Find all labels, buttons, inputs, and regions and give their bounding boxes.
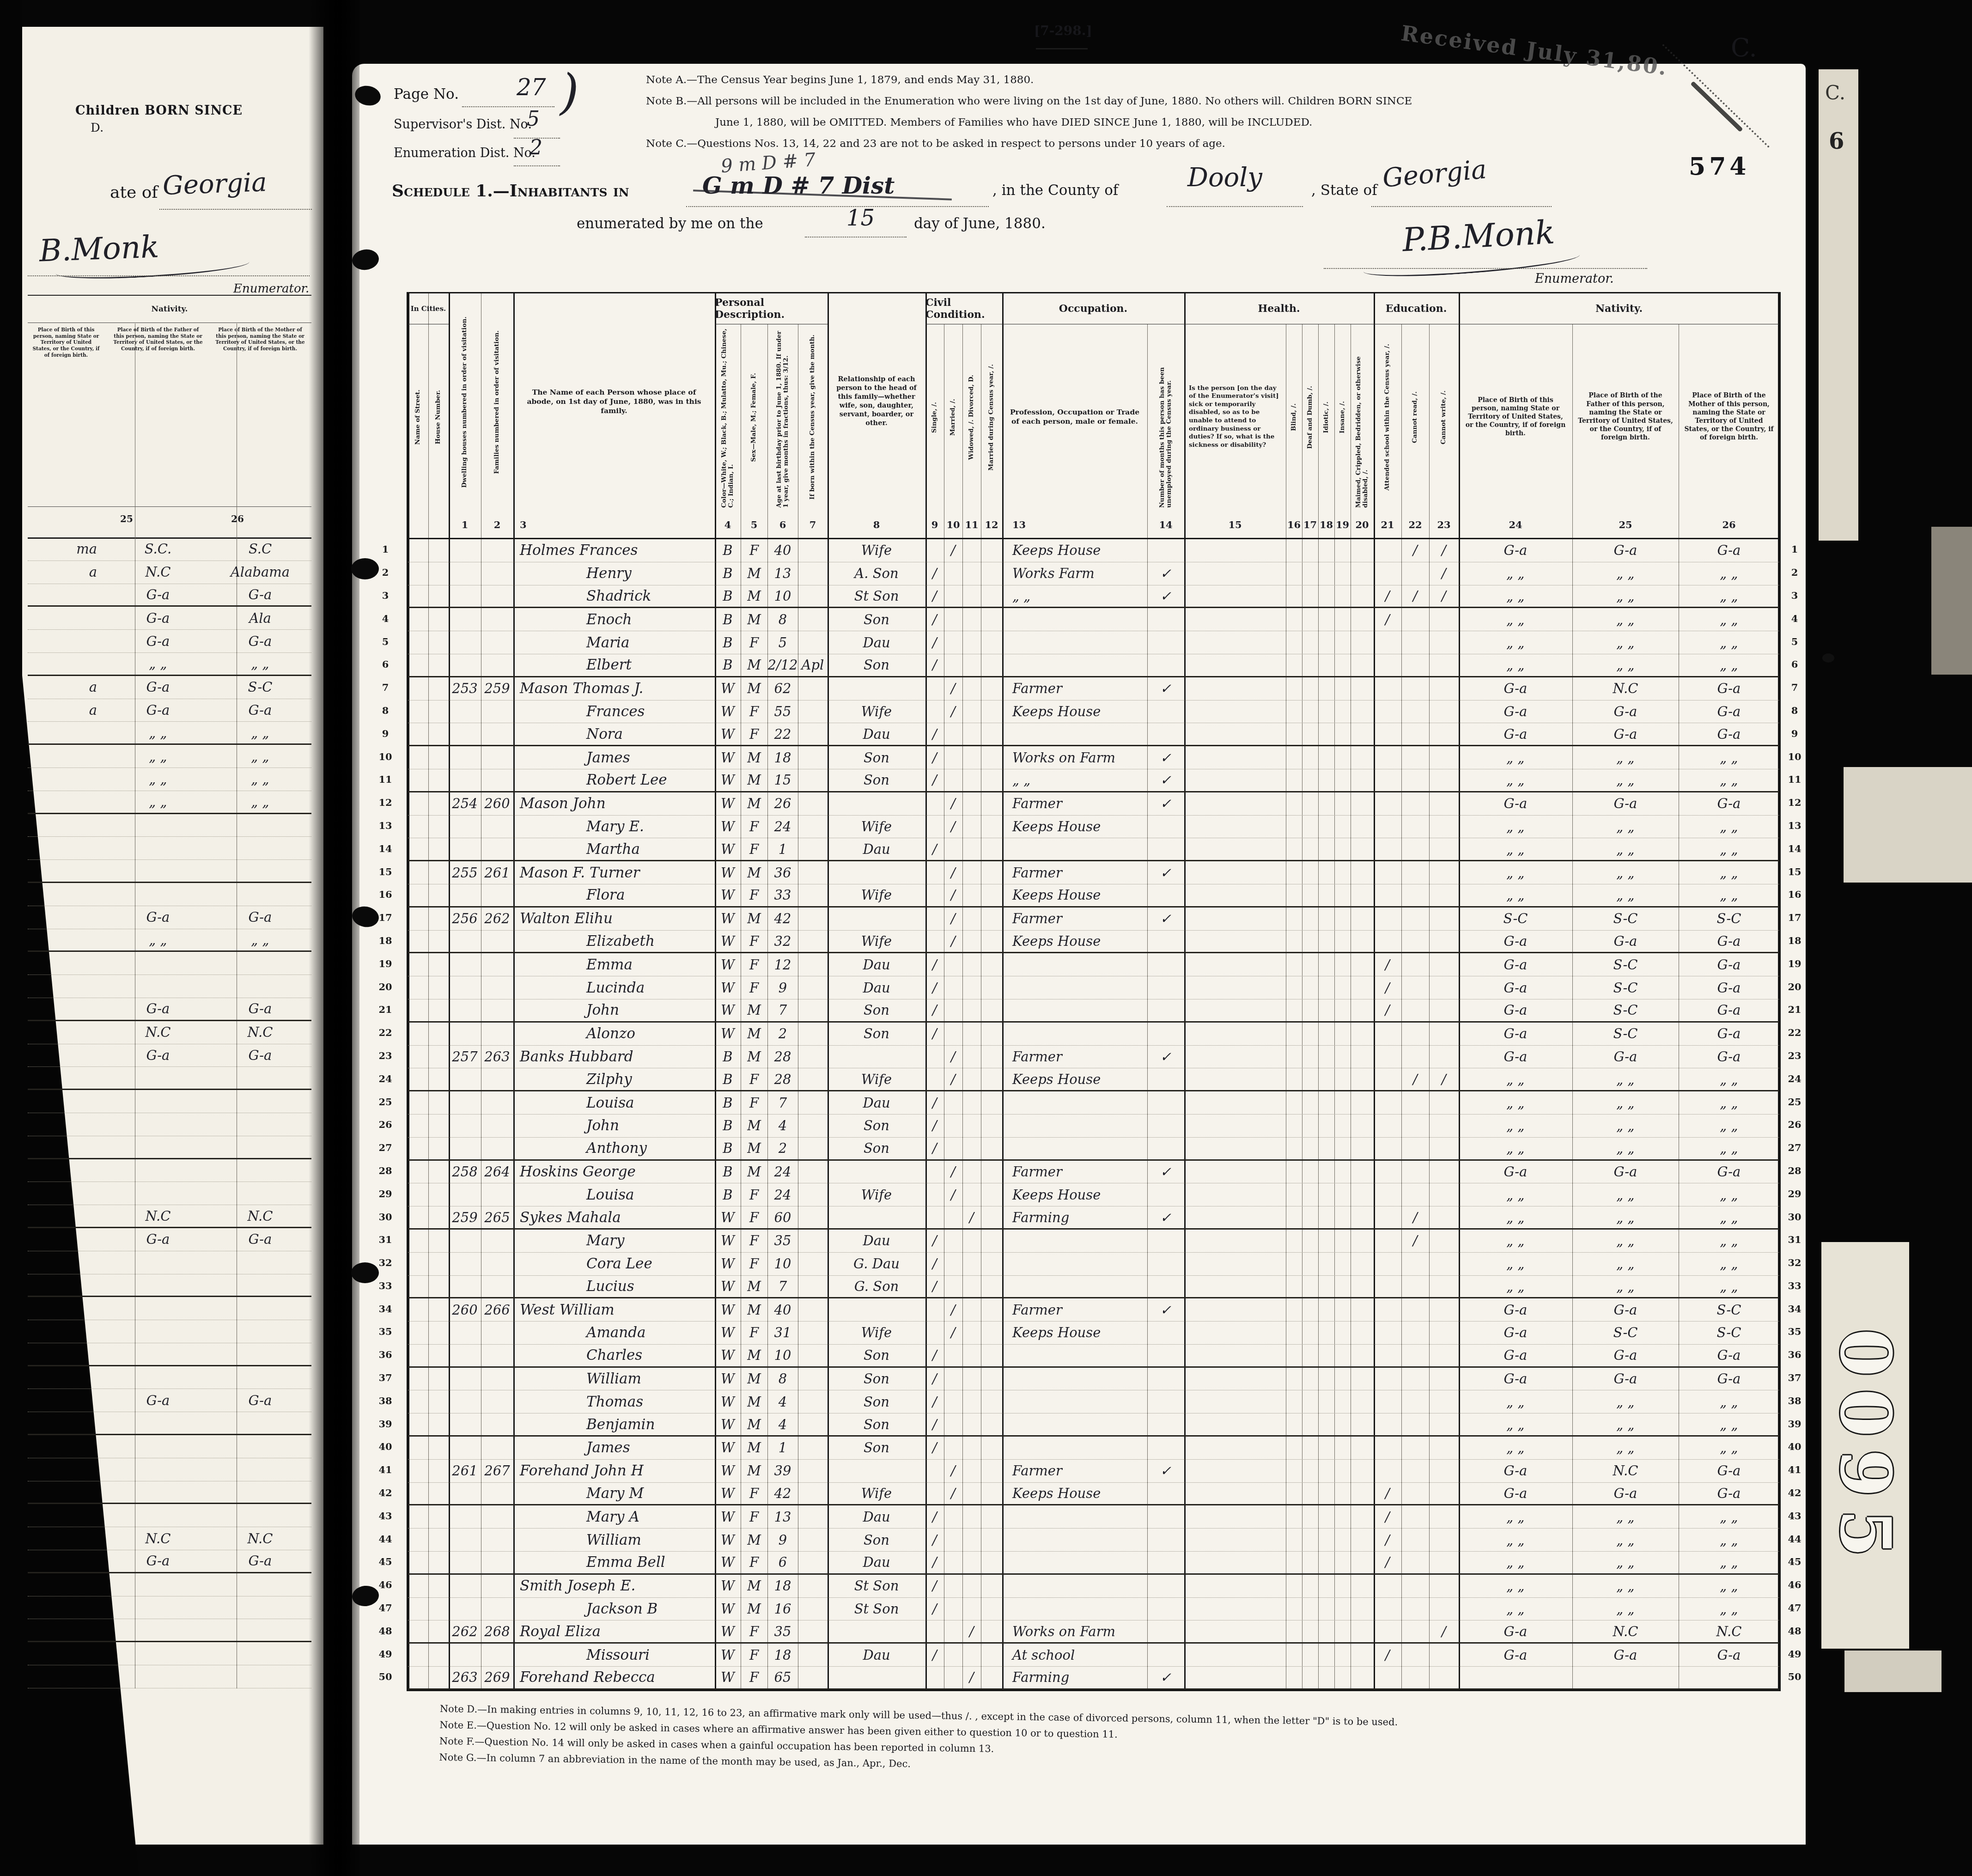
relationship: St Son bbox=[828, 1598, 925, 1620]
age: 33 bbox=[767, 884, 798, 906]
relationship: Wife bbox=[828, 539, 925, 562]
mother-birthplace bbox=[209, 1458, 311, 1481]
occupation bbox=[1002, 631, 1157, 654]
dwelling-number bbox=[449, 1068, 481, 1090]
birthplace-mother: „ „ bbox=[1679, 1115, 1779, 1137]
age: 24 bbox=[767, 1161, 798, 1183]
col8-label: Relationship of each person to the head … bbox=[828, 375, 925, 427]
age: 31 bbox=[767, 1322, 798, 1344]
widowed-mark bbox=[962, 1390, 981, 1413]
birth-month bbox=[798, 1276, 828, 1297]
father-birthplace: „ „ bbox=[107, 745, 209, 767]
married-mark bbox=[944, 1276, 962, 1297]
left-page-row: maS.C.S.C bbox=[28, 538, 311, 561]
birthplace-self: „ „ bbox=[1459, 1437, 1572, 1459]
color: W bbox=[715, 1575, 741, 1597]
left-page-row: aN.CAlabama bbox=[28, 561, 311, 584]
mother-birthplace bbox=[209, 1343, 311, 1365]
cannot-read-mark bbox=[1401, 1437, 1429, 1459]
left-enumerator-label: Enumerator. bbox=[233, 282, 309, 296]
sex: M bbox=[741, 1023, 767, 1045]
birthplace-father: S-C bbox=[1572, 1322, 1679, 1344]
color: W bbox=[715, 1230, 741, 1252]
birth-month bbox=[798, 1091, 828, 1114]
color: W bbox=[715, 1598, 741, 1620]
birthplace-father: „ „ bbox=[1572, 769, 1679, 791]
birthplace-father: „ „ bbox=[1572, 884, 1679, 906]
attended-school-mark bbox=[1374, 1138, 1401, 1159]
father-birthplace bbox=[107, 1665, 209, 1688]
attended-school-mark bbox=[1374, 723, 1401, 745]
family-number bbox=[481, 976, 513, 999]
father-birthplace bbox=[107, 837, 209, 859]
birth-month bbox=[798, 1437, 828, 1459]
color: W bbox=[715, 1253, 741, 1275]
sex: F bbox=[741, 1253, 767, 1275]
repeat-row: 12 bbox=[1780, 791, 1809, 814]
single-mark: / bbox=[925, 1644, 944, 1666]
enumerated-suffix: day of June, 1880. bbox=[914, 215, 1046, 232]
color: W bbox=[715, 884, 741, 906]
age: 7 bbox=[767, 1276, 798, 1297]
row-numbers-right: 1234567891011121314151617181920212223242… bbox=[1780, 538, 1809, 1688]
left-page-row: „ „„ „ bbox=[28, 929, 311, 952]
attended-school-mark bbox=[1374, 1667, 1401, 1688]
birthplace-mother: „ „ bbox=[1679, 1413, 1779, 1435]
mother-birthplace bbox=[209, 1067, 311, 1089]
cannot-read-mark: / bbox=[1401, 539, 1429, 562]
census-row: ElizabethWF32Wife/Keeps HouseG-aG-aG-a bbox=[408, 931, 1779, 954]
dwelling-number: 254 bbox=[449, 792, 481, 815]
birthplace-self: G-a bbox=[1459, 1368, 1572, 1390]
pob-fragment bbox=[28, 1550, 110, 1572]
widowed-mark bbox=[962, 700, 981, 723]
cannot-read-mark bbox=[1401, 1046, 1429, 1068]
birthplace-father: „ „ bbox=[1572, 562, 1679, 585]
relationship: Dau bbox=[828, 1505, 925, 1528]
married-mark bbox=[944, 585, 962, 607]
cannot-write-mark: / bbox=[1429, 1620, 1459, 1642]
repeat-row: 48 bbox=[1780, 1619, 1809, 1642]
family-number bbox=[481, 562, 513, 585]
occupation bbox=[1002, 976, 1157, 999]
pob-fragment bbox=[28, 814, 110, 837]
col16-label: Blind, /. bbox=[1290, 401, 1297, 433]
occupation bbox=[1002, 1413, 1157, 1435]
sex: F bbox=[741, 1230, 767, 1252]
age: 18 bbox=[767, 1644, 798, 1666]
pob-fragment: a bbox=[28, 699, 110, 722]
single-mark bbox=[925, 931, 944, 952]
relationship: Dau bbox=[828, 838, 925, 860]
birthplace-father: „ „ bbox=[1572, 1413, 1679, 1435]
sex: F bbox=[741, 953, 767, 976]
dwelling-number: 262 bbox=[449, 1620, 481, 1642]
birthplace-mother: „ „ bbox=[1679, 1230, 1779, 1252]
married-mark: / bbox=[944, 931, 962, 952]
single-mark: / bbox=[925, 1138, 944, 1159]
enumerator-label: Enumerator. bbox=[1535, 272, 1614, 286]
birthplace-father: S-C bbox=[1572, 953, 1679, 976]
color: W bbox=[715, 1298, 741, 1321]
birthplace-mother: „ „ bbox=[1679, 816, 1779, 838]
birth-month bbox=[798, 1023, 828, 1045]
census-row: Emma BellWF6Dau//„ „„ „„ „ bbox=[408, 1552, 1779, 1575]
sex: F bbox=[741, 631, 767, 654]
cannot-write-mark bbox=[1429, 1091, 1459, 1114]
relationship: Son bbox=[828, 1023, 925, 1045]
married-mark bbox=[944, 1667, 962, 1688]
age: 26 bbox=[767, 792, 798, 815]
age: 2 bbox=[767, 1023, 798, 1045]
mother-birthplace bbox=[209, 860, 311, 882]
cannot-write-mark bbox=[1429, 976, 1459, 999]
mother-birthplace bbox=[209, 1665, 311, 1688]
left-page-row bbox=[28, 1642, 311, 1665]
pob-fragment bbox=[28, 975, 110, 998]
unemployed-mark bbox=[1147, 1183, 1184, 1206]
relationship: Wife bbox=[828, 1183, 925, 1206]
attended-school-mark bbox=[1374, 539, 1401, 562]
cannot-write-mark bbox=[1429, 1529, 1459, 1551]
occupation bbox=[1002, 953, 1157, 976]
single-mark: / bbox=[925, 654, 944, 676]
pob-fragment bbox=[28, 1021, 110, 1044]
left-page-row: G-aG-a bbox=[28, 1228, 311, 1251]
dwelling-number bbox=[449, 1091, 481, 1114]
census-row: LouisaBF7Dau/„ „„ „„ „ bbox=[408, 1091, 1779, 1115]
mother-birthplace bbox=[209, 1573, 311, 1596]
repeat-row: 36 bbox=[365, 1343, 406, 1366]
under-corner-number: 6 bbox=[1829, 128, 1844, 154]
dwelling-number bbox=[449, 1368, 481, 1390]
repeat-row: 18 bbox=[1780, 929, 1809, 952]
enum-day-rule bbox=[805, 237, 907, 238]
v3: 3 bbox=[513, 510, 721, 539]
birthplace-self: G-a bbox=[1459, 1322, 1572, 1344]
widowed-mark bbox=[962, 539, 981, 562]
birth-month bbox=[798, 1460, 828, 1482]
single-mark: / bbox=[925, 1368, 944, 1390]
widowed-mark bbox=[962, 1575, 981, 1597]
married-mark: / bbox=[944, 1298, 962, 1321]
repeat-row: 2 bbox=[1780, 561, 1809, 584]
family-number bbox=[481, 884, 513, 906]
birth-month bbox=[798, 1575, 828, 1597]
birthplace-self: G-a bbox=[1459, 1483, 1572, 1504]
occupation bbox=[1002, 654, 1157, 676]
mother-birthplace: G-a bbox=[209, 630, 311, 652]
left-page-row bbox=[28, 837, 311, 860]
attended-school-mark bbox=[1374, 1460, 1401, 1482]
repeat-row: 11 bbox=[1780, 768, 1809, 791]
repeat-row: 3 bbox=[1780, 584, 1809, 607]
attended-school-mark bbox=[1374, 1068, 1401, 1090]
repeat-row: 8 bbox=[365, 699, 406, 722]
color: W bbox=[715, 1390, 741, 1413]
relationship bbox=[828, 677, 925, 700]
single-mark: / bbox=[925, 976, 944, 999]
family-number bbox=[481, 539, 513, 562]
widowed-mark: / bbox=[962, 1206, 981, 1228]
census-row: JamesWM1Son/„ „„ „„ „ bbox=[408, 1437, 1779, 1460]
birthplace-mother: G-a bbox=[1679, 723, 1779, 745]
family-number bbox=[481, 1138, 513, 1159]
mother-birthplace bbox=[209, 1504, 311, 1527]
birth-month bbox=[798, 1598, 828, 1620]
census-row: NoraWF22Dau/G-aG-aG-a bbox=[408, 723, 1779, 746]
mother-birthplace bbox=[209, 1274, 311, 1296]
dwelling-number bbox=[449, 1115, 481, 1137]
age: 60 bbox=[767, 1206, 798, 1228]
census-row: MarthaWF1Dau/„ „„ „„ „ bbox=[408, 838, 1779, 861]
widowed-mark bbox=[962, 976, 981, 999]
birth-month bbox=[798, 1529, 828, 1551]
relationship bbox=[828, 1298, 925, 1321]
age: 42 bbox=[767, 908, 798, 930]
cannot-write-mark bbox=[1429, 1667, 1459, 1688]
birthplace-self: „ „ bbox=[1459, 608, 1572, 631]
census-row: 255261Mason F. TurnerWM36/Farmer✓„ „„ „„… bbox=[408, 861, 1779, 884]
unemployed-mark bbox=[1147, 1644, 1184, 1666]
mother-birthplace bbox=[209, 1159, 311, 1182]
family-number bbox=[481, 1483, 513, 1504]
single-mark: / bbox=[925, 953, 944, 976]
mother-birthplace: S-C bbox=[209, 676, 311, 699]
relationship bbox=[828, 1620, 925, 1642]
birthplace-mother: „ „ bbox=[1679, 608, 1779, 631]
married-mark bbox=[944, 1023, 962, 1045]
cannot-read-mark bbox=[1401, 1667, 1429, 1688]
census-row: FloraWF33Wife/Keeps House„ „„ „„ „ bbox=[408, 884, 1779, 908]
repeat-row: 23 bbox=[365, 1044, 406, 1067]
dwelling-number bbox=[449, 1322, 481, 1344]
paper-stub bbox=[1931, 527, 1972, 675]
under-corner-letter: C. bbox=[1825, 81, 1845, 104]
sex: M bbox=[741, 769, 767, 791]
single-mark: / bbox=[925, 838, 944, 860]
birth-month bbox=[798, 861, 828, 884]
relationship: Son bbox=[828, 746, 925, 769]
birthplace-father: „ „ bbox=[1572, 631, 1679, 654]
dwelling-number bbox=[449, 1575, 481, 1597]
birthplace-mother: „ „ bbox=[1679, 1575, 1779, 1597]
age: 32 bbox=[767, 931, 798, 952]
widowed-mark bbox=[962, 1368, 981, 1390]
cannot-read-mark bbox=[1401, 908, 1429, 930]
pob-fragment bbox=[28, 1366, 110, 1389]
birthplace-father: „ „ bbox=[1572, 1115, 1679, 1137]
birthplace-mother: „ „ bbox=[1679, 861, 1779, 884]
birthplace-father: G-a bbox=[1572, 539, 1679, 562]
family-number bbox=[481, 1068, 513, 1090]
color: W bbox=[715, 746, 741, 769]
census-row: MissouriWF18Dau/At school/G-aG-aG-a bbox=[408, 1644, 1779, 1667]
relationship bbox=[828, 1046, 925, 1068]
cannot-read-mark bbox=[1401, 746, 1429, 769]
dwelling-number bbox=[449, 631, 481, 654]
birthplace-father: „ „ bbox=[1572, 816, 1679, 838]
birthplace-mother: G-a bbox=[1679, 931, 1779, 952]
father-birthplace bbox=[107, 1182, 209, 1205]
repeat-row: 31 bbox=[1780, 1228, 1809, 1251]
family-number bbox=[481, 631, 513, 654]
single-mark: / bbox=[925, 608, 944, 631]
birthplace-father: „ „ bbox=[1572, 585, 1679, 607]
mother-birthplace bbox=[209, 1251, 311, 1274]
v12: 12 bbox=[981, 510, 1002, 539]
unemployed-mark: ✓ bbox=[1147, 677, 1184, 700]
single-mark bbox=[925, 1322, 944, 1344]
paper-stub bbox=[1844, 1651, 1942, 1692]
cannot-write-mark bbox=[1429, 1598, 1459, 1620]
attended-school-mark bbox=[1374, 562, 1401, 585]
birthplace-father: „ „ bbox=[1572, 1206, 1679, 1228]
cannot-read-mark bbox=[1401, 631, 1429, 654]
birthplace-mother: G-a bbox=[1679, 953, 1779, 976]
form-number: [7-298.] bbox=[1034, 23, 1092, 38]
married-mark bbox=[944, 1206, 962, 1228]
occupation bbox=[1002, 1505, 1157, 1528]
color: W bbox=[715, 723, 741, 745]
cannot-read-mark bbox=[1401, 1138, 1429, 1159]
mother-birthplace: Ala bbox=[209, 607, 311, 629]
sex: F bbox=[741, 539, 767, 562]
occupation: Keeps House bbox=[1002, 1322, 1157, 1344]
married-mark bbox=[944, 1115, 962, 1137]
birthplace-self: G-a bbox=[1459, 1345, 1572, 1366]
birthplace-self: „ „ bbox=[1459, 1206, 1572, 1228]
sex: F bbox=[741, 1505, 767, 1528]
cannot-read-mark bbox=[1401, 1483, 1429, 1504]
age: 28 bbox=[767, 1046, 798, 1068]
left-page-row: „ „„ „ bbox=[28, 791, 311, 814]
cannot-write-mark bbox=[1429, 608, 1459, 631]
cannot-read-mark bbox=[1401, 999, 1429, 1021]
cannot-read-mark: / bbox=[1401, 1230, 1429, 1252]
relationship: Son bbox=[828, 608, 925, 631]
repeat-row: 40 bbox=[365, 1435, 406, 1458]
birthplace-self: „ „ bbox=[1459, 1230, 1572, 1252]
single-mark: / bbox=[925, 1413, 944, 1435]
left-signature-rule bbox=[28, 275, 310, 276]
repeat-row: 41 bbox=[1780, 1458, 1809, 1481]
repeat-row: 16 bbox=[1780, 883, 1809, 906]
relationship: St Son bbox=[828, 585, 925, 607]
attended-school-mark bbox=[1374, 1368, 1401, 1390]
birthplace-self: G-a bbox=[1459, 976, 1572, 999]
left-page-row bbox=[28, 1573, 311, 1596]
sex: M bbox=[741, 562, 767, 585]
widowed-mark bbox=[962, 1183, 981, 1206]
occupation bbox=[1002, 1437, 1157, 1459]
pob-fragment bbox=[28, 1251, 110, 1274]
relationship: A. Son bbox=[828, 562, 925, 585]
repeat-row: 6 bbox=[365, 653, 406, 676]
attended-school-mark: / bbox=[1374, 585, 1401, 607]
occupation: Farmer bbox=[1002, 861, 1157, 884]
single-mark: / bbox=[925, 1253, 944, 1275]
unemployed-mark bbox=[1147, 1483, 1184, 1504]
attended-school-mark: / bbox=[1374, 976, 1401, 999]
father-birthplace: „ „ bbox=[107, 768, 209, 791]
single-mark: / bbox=[925, 1023, 944, 1045]
sex: M bbox=[741, 861, 767, 884]
single-mark bbox=[925, 861, 944, 884]
dwelling-number: 258 bbox=[449, 1161, 481, 1183]
color: W bbox=[715, 931, 741, 952]
cannot-read-mark bbox=[1401, 1552, 1429, 1573]
age: 4 bbox=[767, 1390, 798, 1413]
left-page-fragment-d: D. bbox=[91, 121, 103, 135]
single-mark: / bbox=[925, 1575, 944, 1597]
left-page-state-value: Georgia bbox=[162, 167, 268, 201]
unemployed-mark bbox=[1147, 1023, 1184, 1045]
unemployed-mark bbox=[1147, 1345, 1184, 1366]
brace: ) bbox=[560, 64, 579, 120]
birthplace-mother: „ „ bbox=[1679, 1552, 1779, 1573]
widowed-mark bbox=[962, 999, 981, 1021]
birthplace-self: „ „ bbox=[1459, 1068, 1572, 1090]
left-page-row: aG-aG-a bbox=[28, 699, 311, 722]
married-mark: / bbox=[944, 884, 962, 906]
col4-label: Color—White, W.; Black, B.; Mulatto, Mu.… bbox=[721, 324, 735, 510]
pob-fragment bbox=[28, 1458, 110, 1481]
mother-birthplace bbox=[209, 1596, 311, 1619]
family-number bbox=[481, 1345, 513, 1366]
census-row: 254260Mason JohnWM26/Farmer✓G-aG-aG-a bbox=[408, 792, 1779, 816]
married-mark bbox=[944, 562, 962, 585]
cannot-read-mark bbox=[1401, 700, 1429, 723]
sex: M bbox=[741, 585, 767, 607]
unemployed-mark bbox=[1147, 1068, 1184, 1090]
film-number-stub: 0095 bbox=[1821, 1242, 1909, 1649]
birthplace-father: „ „ bbox=[1572, 1138, 1679, 1159]
col-house-label: House Number. bbox=[435, 387, 442, 446]
sex: M bbox=[741, 1413, 767, 1435]
repeat-row: 48 bbox=[365, 1619, 406, 1642]
age: 55 bbox=[767, 700, 798, 723]
attended-school-mark: / bbox=[1374, 1483, 1401, 1504]
repeat-row: 43 bbox=[365, 1504, 406, 1527]
left-page-row bbox=[28, 1481, 311, 1504]
sup-dist-label: Supervisor's Dist. No. bbox=[394, 117, 532, 132]
occupation bbox=[1002, 1230, 1157, 1252]
married-mark: / bbox=[944, 1183, 962, 1206]
pob-fragment bbox=[28, 952, 110, 975]
left-page-row: N.CN.C bbox=[28, 1527, 311, 1550]
relationship: Son bbox=[828, 769, 925, 791]
unemployed-mark bbox=[1147, 1437, 1184, 1459]
cannot-read-mark bbox=[1401, 562, 1429, 585]
widowed-mark bbox=[962, 884, 981, 906]
birthplace-father: „ „ bbox=[1572, 1253, 1679, 1275]
father-birthplace: G-a bbox=[107, 676, 209, 699]
repeat-row: 19 bbox=[1780, 952, 1809, 975]
repeat-row: 31 bbox=[365, 1228, 406, 1251]
family-number bbox=[481, 1230, 513, 1252]
cannot-write-mark bbox=[1429, 884, 1459, 906]
occupation bbox=[1002, 838, 1157, 860]
dwelling-number bbox=[449, 1253, 481, 1275]
relationship: Wife bbox=[828, 1322, 925, 1344]
repeat-row: 9 bbox=[365, 722, 406, 745]
birth-month bbox=[798, 677, 828, 700]
occupation: Keeps House bbox=[1002, 816, 1157, 838]
birthplace-mother: „ „ bbox=[1679, 1206, 1779, 1228]
father-birthplace: G-a bbox=[107, 584, 209, 606]
group-civil: Civil Condition. bbox=[925, 293, 1002, 324]
